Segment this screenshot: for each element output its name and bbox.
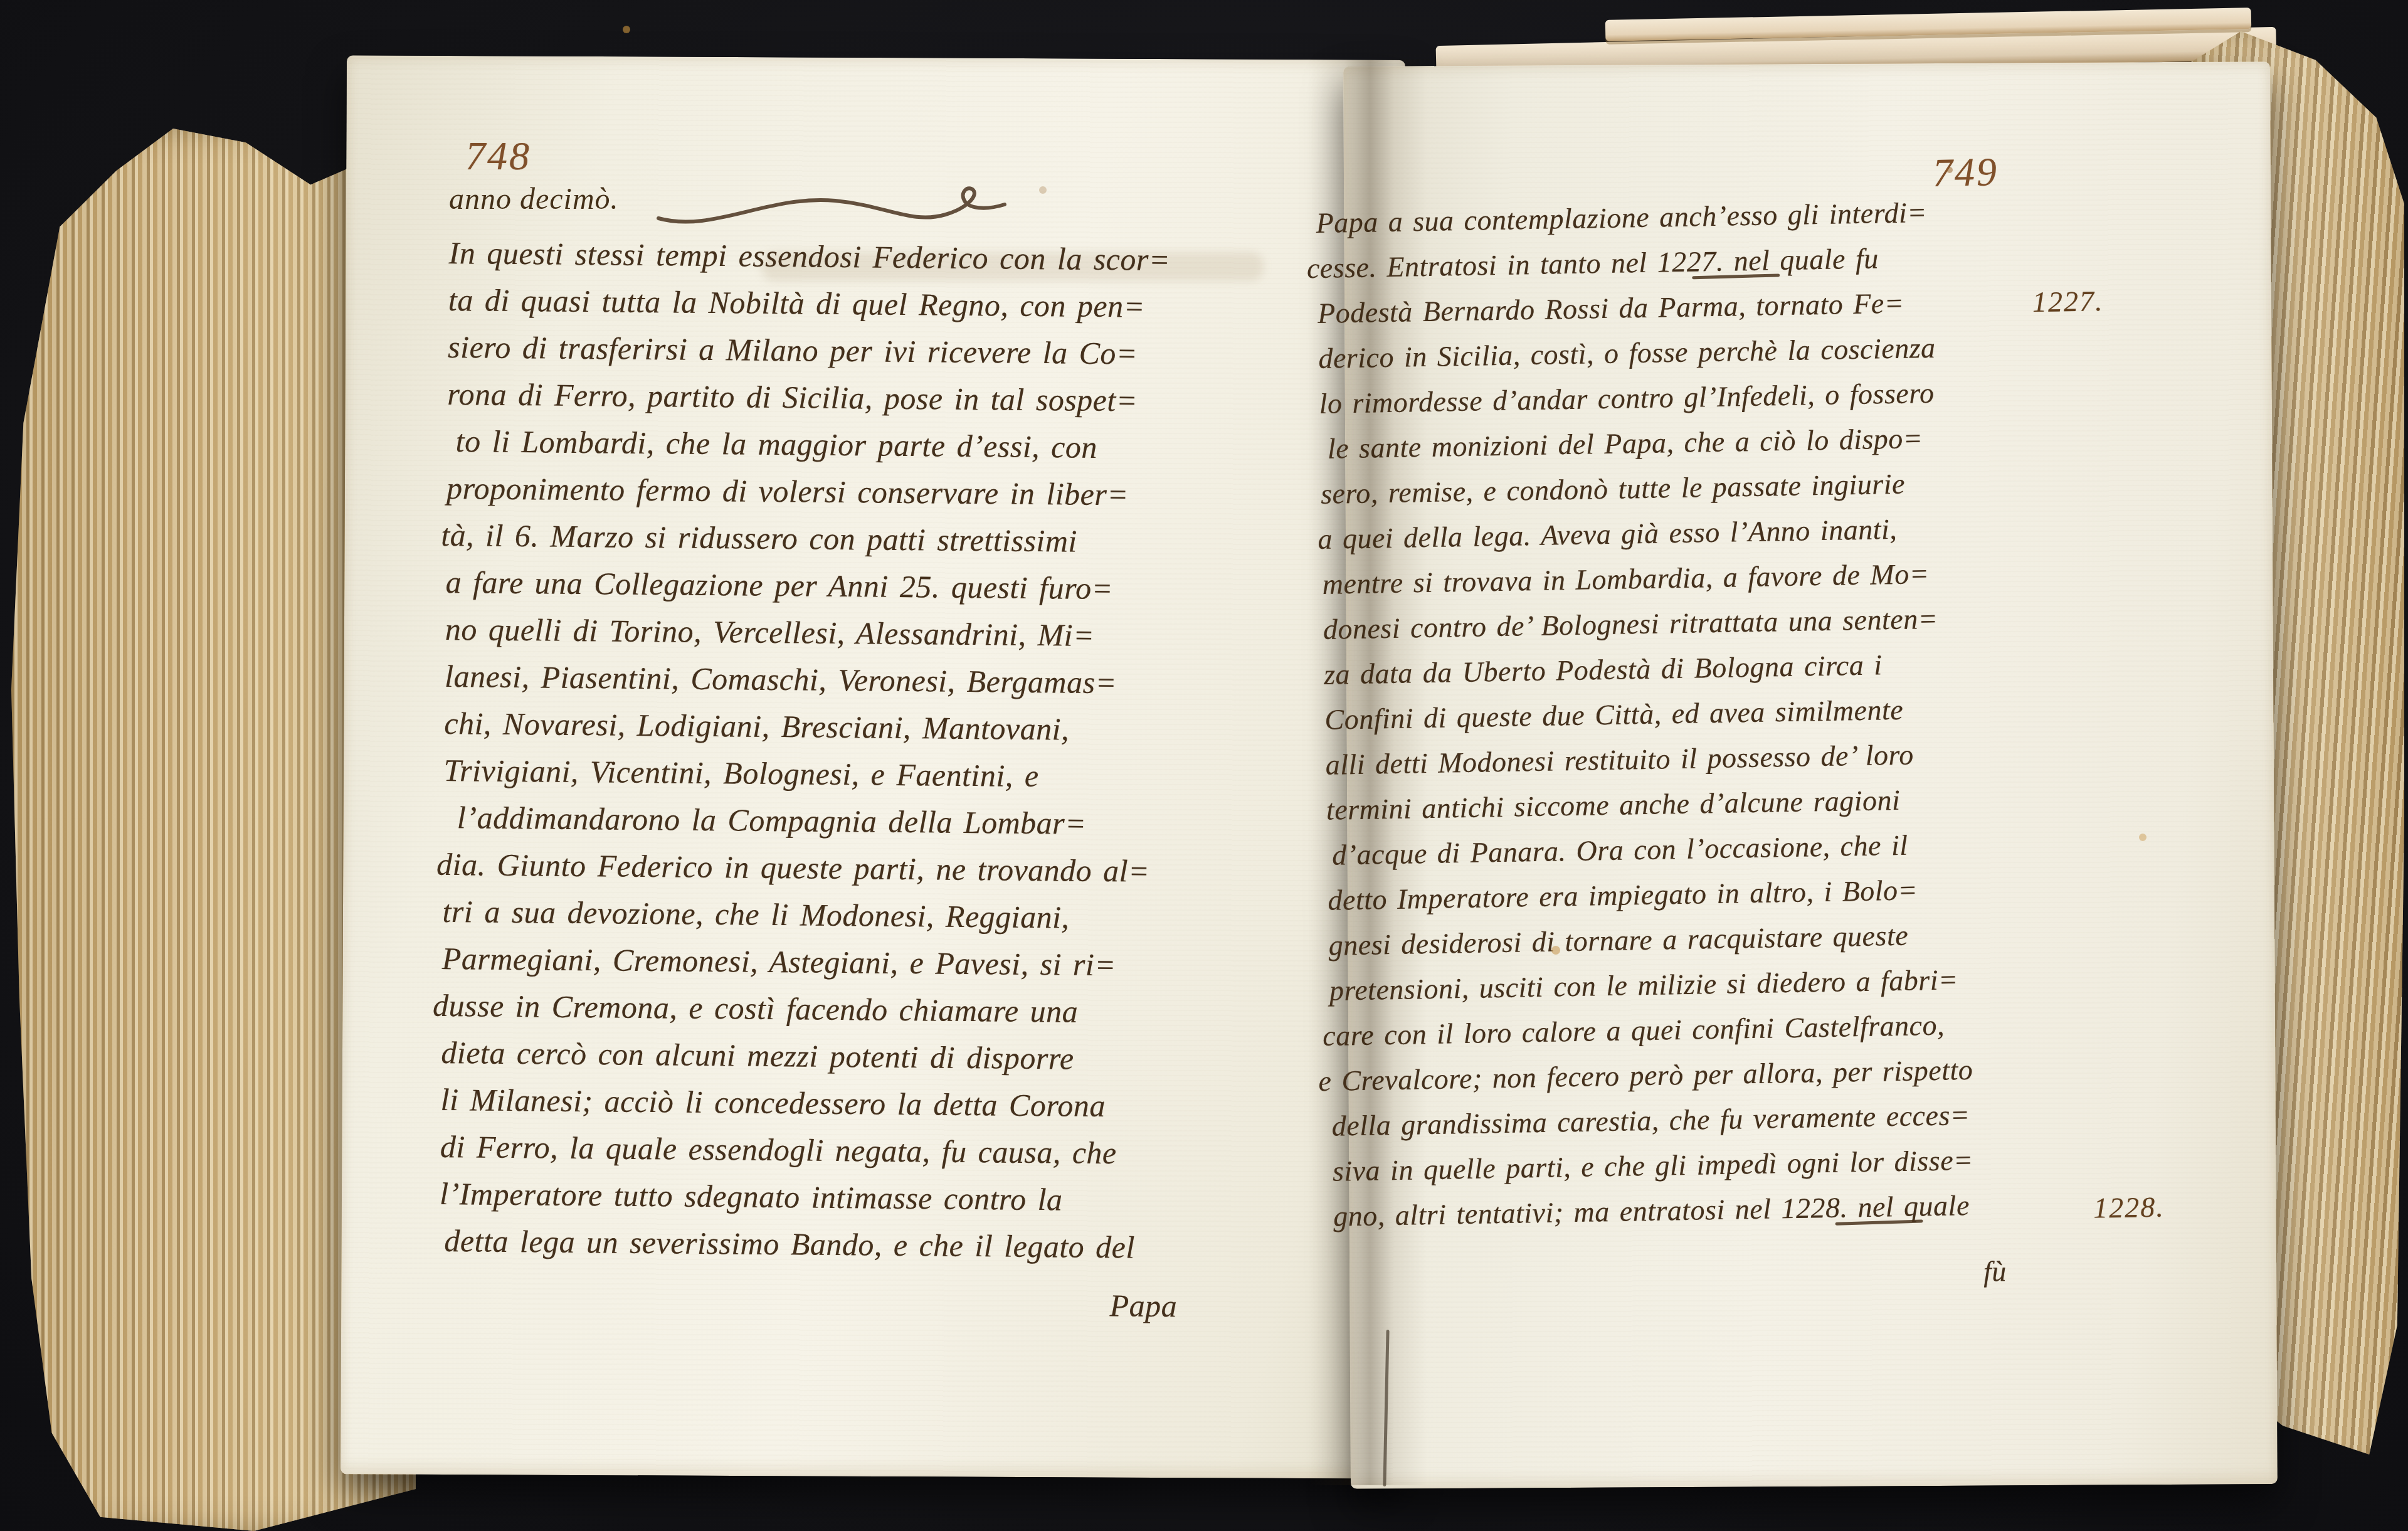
manuscript-line: dusse in Cremona, e costì facendo chiama… bbox=[433, 982, 1286, 1037]
manuscript-line: detta lega un severissimo Bando, e che i… bbox=[444, 1217, 1283, 1273]
manuscript-line: Trivigiani, Vicentini, Bolognesi, e Faen… bbox=[443, 747, 1287, 802]
left-page-heading: anno decimò. bbox=[449, 182, 619, 216]
manuscript-line: di Ferro, la quale essendogli negata, fu… bbox=[440, 1123, 1284, 1179]
manuscript-line: no quelli di Torino, Vercellesi, Alessan… bbox=[445, 606, 1289, 661]
paper-flecks bbox=[0, 0, 4, 4]
manuscript-line: to li Lombardi, che la maggior parte d’e… bbox=[455, 418, 1291, 473]
left-catchword: Papa bbox=[1109, 1282, 1235, 1330]
manuscript-line: a fare una Collegazione per Anni 25. que… bbox=[445, 559, 1289, 614]
manuscript-line: In questi stessi tempi essendosi Federic… bbox=[448, 230, 1292, 285]
manuscript-line: proponimento fermo di volersi conservare… bbox=[446, 465, 1291, 520]
manuscript-line: l’Imperatore tutto sdegnato intimasse co… bbox=[440, 1170, 1284, 1226]
manuscript-line: siero di trasferirsi a Milano per ivi ri… bbox=[448, 324, 1292, 379]
manuscript-line: li Milanesi; acciò li concedessero la de… bbox=[440, 1076, 1284, 1131]
manuscript-line: dieta cercò con alcuni mezzi potenti di … bbox=[441, 1029, 1285, 1084]
manuscript-line: Parmegiani, Cremonesi, Astegiani, e Pave… bbox=[441, 935, 1286, 990]
margin-year-note: 1227. bbox=[2032, 278, 2104, 325]
photo-background: 748 anno decimò. In questi stessi tempi … bbox=[0, 0, 2408, 1531]
manuscript-line: tà, il 6. Marzo si ridussero con patti s… bbox=[441, 512, 1290, 567]
manuscript-line: l’addimandarono la Compagnia della Lomba… bbox=[457, 794, 1287, 849]
left-page-text: In questi stessi tempi essendosi Federic… bbox=[439, 230, 1292, 1273]
manuscript-line: chi, Novaresi, Lodigiani, Bresciani, Man… bbox=[444, 700, 1288, 755]
right-page-text: Papa a sua contemplazione anch’esso gli … bbox=[1316, 188, 2064, 1239]
right-catchword: fù bbox=[1983, 1248, 2084, 1295]
manuscript-line: ta di quasi tutta la Nobiltà di quel Reg… bbox=[448, 277, 1292, 332]
margin-year-note: 1228. bbox=[2093, 1185, 2165, 1231]
manuscript-line: rona di Ferro, partito di Sicilia, pose … bbox=[447, 371, 1291, 426]
manuscript-line: tri a sua devozione, che li Modonesi, Re… bbox=[442, 888, 1286, 943]
manuscript-line: dia. Giunto Federico in queste parti, ne… bbox=[436, 841, 1287, 896]
manuscript-line: lanesi, Piasentini, Comaschi, Veronesi, … bbox=[445, 653, 1289, 708]
left-page-number: 748 bbox=[465, 133, 531, 179]
